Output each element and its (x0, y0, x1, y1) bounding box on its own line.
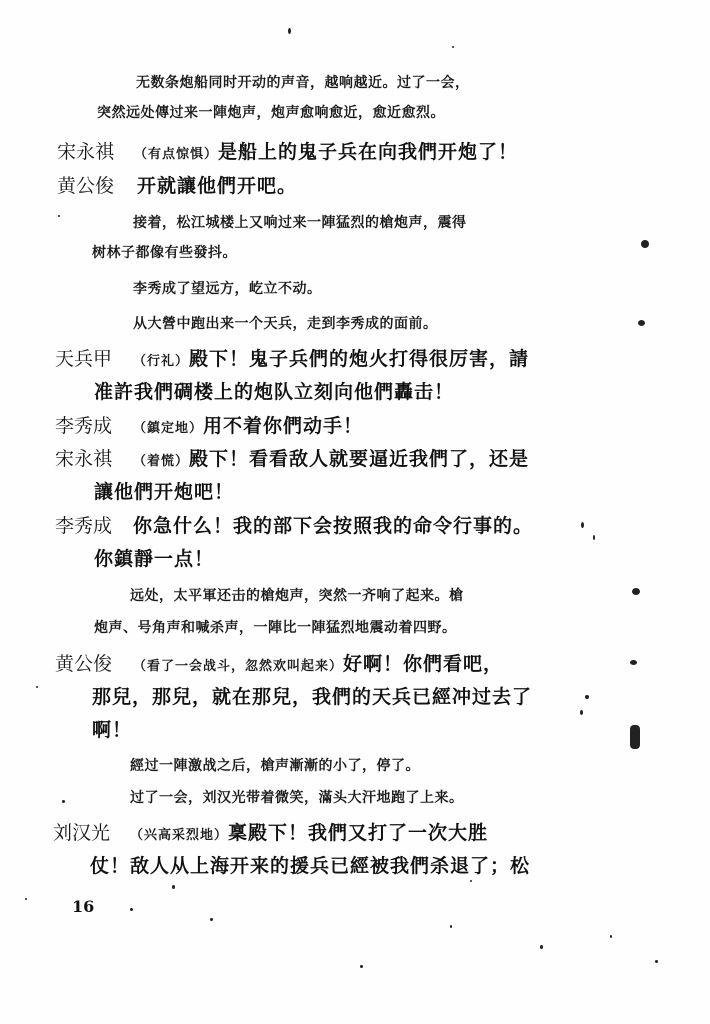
speaker-name: 天兵甲 (55, 350, 112, 369)
dialog-line: （行礼）殿下！鬼子兵們的炮火打得很厉害，請 (133, 350, 529, 369)
acting-direction: （有点惊惧） (134, 147, 218, 162)
scan-speck (630, 725, 640, 749)
scan-speck (630, 660, 637, 665)
dialog-line: （着慌）殿下！看看敌人就要逼近我們了，还是 (133, 450, 529, 469)
speech-text: 那兒，那兒，就在那兒，我們的天兵已經冲过去了 (92, 686, 532, 708)
scan-speck (593, 535, 595, 540)
stage-direction-line: 树林子都像有些發抖。 (92, 246, 237, 260)
scan-speck (585, 695, 589, 699)
scan-speck (25, 898, 27, 900)
scan-speck (288, 28, 291, 34)
speech-text: 殿下！看看敌人就要逼近我們了，还是 (189, 448, 529, 470)
speech-text: 讓他們开炮吧！ (94, 481, 234, 503)
speech-text: 你急什么！我的部下会按照我的命令行事的。 (133, 515, 533, 537)
stage-direction-line: 从大營中跑出来一个天兵，走到李秀成的面前。 (133, 317, 438, 331)
speech-text: 是船上的鬼子兵在向我們开炮了！ (218, 141, 518, 163)
dialog-line: 你急什么！我的部下会按照我的命令行事的。 (133, 517, 533, 536)
dialog-line: 开就讓他們开吧。 (137, 177, 297, 196)
speech-text: 你鎮靜一点！ (94, 548, 214, 570)
acting-direction: （鎮定地） (133, 421, 203, 436)
speaker-name: 黄公俊 (55, 655, 112, 674)
dialog-line: 那兒，那兒，就在那兒，我們的天兵已經冲过去了 (92, 688, 532, 707)
speaker-name: 黄公俊 (57, 177, 114, 196)
stage-direction-line: 經过一陣激战之后，槍声漸漸的小了，停了。 (130, 759, 420, 773)
scan-speck (58, 215, 60, 217)
stage-direction-line: 过了一会，刘汉光带着微笑，滿头大汗地跑了上来。 (130, 791, 464, 805)
stage-direction-line: 突然远处傳过来一陣炮声，炮声愈响愈近，愈近愈烈。 (97, 106, 445, 120)
scan-speck (470, 880, 472, 882)
stage-direction-line: 炮声、号角声和喊杀声，一陣比一陣猛烈地震动着四野。 (94, 621, 457, 635)
speech-text: 用不着你們动手！ (203, 415, 363, 437)
speech-text: 仗！敌人从上海开来的援兵已經被我們杀退了；松 (90, 855, 530, 877)
dialog-line: （兴高采烈地）稟殿下！我們又打了一次大胜 (130, 824, 488, 843)
scan-speck (36, 686, 38, 688)
scan-speck (450, 925, 452, 928)
dialog-line: 啊！ (92, 721, 132, 740)
scan-speck (580, 710, 583, 715)
scan-speck (610, 935, 612, 938)
acting-direction: （行礼） (133, 354, 189, 369)
acting-direction: （兴高采烈地） (130, 828, 228, 843)
acting-direction: （看了一会战斗，忽然欢叫起来） (133, 659, 343, 674)
dialog-line: （鎮定地）用不着你們动手！ (133, 417, 363, 436)
speech-text: 啊！ (92, 719, 132, 741)
scan-speck (641, 240, 649, 248)
scan-speck (360, 965, 363, 968)
scan-speck (172, 885, 175, 889)
scan-speck (540, 945, 543, 949)
speech-text: 殿下！鬼子兵們的炮火打得很厉害，請 (189, 348, 529, 370)
speech-text: 好啊！你們看吧， (343, 653, 503, 675)
speaker-name: 李秀成 (55, 517, 112, 536)
scan-speck (130, 908, 133, 911)
acting-direction: （着慌） (133, 454, 189, 469)
scan-speck (638, 320, 645, 326)
speech-text: 稟殿下！我們又打了一次大胜 (228, 822, 488, 844)
scan-speck (581, 522, 584, 528)
speaker-name: 刘汉光 (53, 824, 110, 843)
speech-text: 开就讓他們开吧。 (137, 175, 297, 197)
scan-speck (210, 918, 213, 921)
speaker-name: 宋永祺 (57, 143, 114, 162)
speech-text: 准許我們碉楼上的炮队立刻向他們轟击！ (94, 381, 454, 403)
speaker-name: 宋永祺 (55, 450, 112, 469)
scan-speck (62, 800, 65, 803)
stage-direction-line: 李秀成了望远方，屹立不动。 (133, 282, 322, 296)
dialog-line: 准許我們碉楼上的炮队立刻向他們轟击！ (94, 383, 454, 402)
dialog-line: 仗！敌人从上海开来的援兵已經被我們杀退了；松 (90, 857, 530, 876)
scan-speck (655, 960, 658, 963)
dialog-line: 讓他們开炮吧！ (94, 483, 234, 502)
stage-direction-line: 远处，太平軍还击的槍炮声，突然一齐响了起来。槍 (130, 589, 464, 603)
stage-direction-line: 接着，松江城楼上又响过来一陣猛烈的槍炮声，震得 (133, 216, 467, 230)
dialog-line: 你鎮靜一点！ (94, 550, 214, 569)
page-number: 16 (72, 897, 94, 916)
dialog-line: （有点惊惧）是船上的鬼子兵在向我們开炮了！ (134, 143, 518, 162)
speaker-name: 李秀成 (55, 417, 112, 436)
scanned-page: 无数条炮船同时开动的声音，越响越近。过了一会， 突然远处傳过来一陣炮声，炮声愈响… (0, 0, 710, 1024)
scan-speck (632, 588, 640, 595)
stage-direction-line: 无数条炮船同时开动的声音，越响越近。过了一会， (136, 76, 470, 90)
scan-speck (452, 46, 454, 48)
dialog-line: （看了一会战斗，忽然欢叫起来）好啊！你們看吧， (133, 655, 503, 674)
